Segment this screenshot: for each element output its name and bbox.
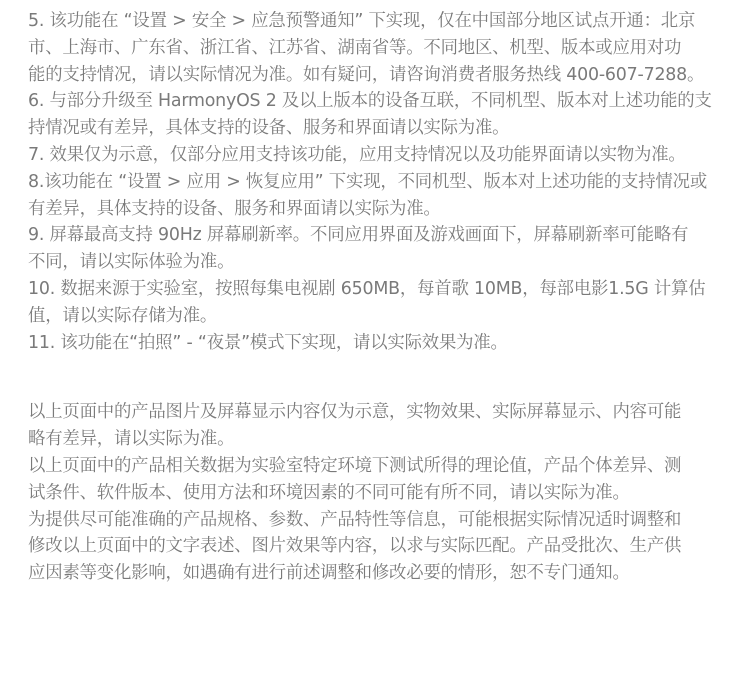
disclaimer-paragraph-adjustments: 为提供尽可能准确的产品规格、参数、产品特性等信息，可能根据实际情况适时调整和 修… <box>28 507 728 587</box>
footnote-5: 5. 该功能在 “设置 > 安全 > 应急预警通知” 下实现，仅在中国部分地区试… <box>28 8 728 88</box>
disclaimer-line: 以上页面中的产品图片及屏幕显示内容仅为示意，实物效果、实际屏幕显示、内容可能 <box>28 399 728 426</box>
disclaimer-line: 试条件、软件版本、使用方法和环境因素的不同可能有所不同，请以实际为准。 <box>28 480 728 507</box>
footnote-line: 7. 效果仅为示意，仅部分应用支持该功能，应用支持情况以及功能界面请以实物为准。 <box>28 142 728 169</box>
disclaimer-line: 应因素等变化影响，如遇确有进行前述调整和修改必要的情形，恕不专门通知。 <box>28 560 728 587</box>
footnotes-list: 5. 该功能在 “设置 > 安全 > 应急预警通知” 下实现，仅在中国部分地区试… <box>28 8 728 356</box>
footnote-10: 10. 数据来源于实验室，按照每集电视剧 650MB，每首歌 10MB，每部电影… <box>28 276 728 330</box>
disclaimer-line: 修改以上页面中的文字表述、图片效果等内容，以求与实际匹配。产品受批次、生产供 <box>28 533 728 560</box>
footnote-9: 9. 屏幕最高支持 90Hz 屏幕刷新率。不同应用界面及游戏画面下，屏幕刷新率可… <box>28 222 728 276</box>
footnote-6: 6. 与部分升级至 HarmonyOS 2 及以上版本的设备互联，不同机型、版本… <box>28 88 728 142</box>
disclaimer-line: 以上页面中的产品相关数据为实验室特定环境下测试所得的理论值，产品个体差异、测 <box>28 453 728 480</box>
general-disclaimer: 以上页面中的产品图片及屏幕显示内容仅为示意，实物效果、实际屏幕显示、内容可能 略… <box>28 399 728 587</box>
disclaimer-paragraph-images: 以上页面中的产品图片及屏幕显示内容仅为示意，实物效果、实际屏幕显示、内容可能 略… <box>28 399 728 453</box>
footnote-line: 能的支持情况，请以实际情况为准。如有疑问，请咨询消费者服务热线 400-607-… <box>28 62 728 89</box>
footnote-line: 持情况或有差异，具体支持的设备、服务和界面请以实际为准。 <box>28 115 728 142</box>
footnote-line: 有差异，具体支持的设备、服务和界面请以实际为准。 <box>28 196 728 223</box>
footnote-7: 7. 效果仅为示意，仅部分应用支持该功能，应用支持情况以及功能界面请以实物为准。 <box>28 142 728 169</box>
disclaimer-line: 为提供尽可能准确的产品规格、参数、产品特性等信息，可能根据实际情况适时调整和 <box>28 507 728 534</box>
disclaimer-line: 略有差异，请以实际为准。 <box>28 426 728 453</box>
footnote-line: 不同，请以实际体验为准。 <box>28 249 728 276</box>
footnote-line: 8.该功能在 “设置 > 应用 > 恢复应用” 下实现，不同机型、版本对上述功能… <box>28 169 728 196</box>
footnote-8: 8.该功能在 “设置 > 应用 > 恢复应用” 下实现，不同机型、版本对上述功能… <box>28 169 728 223</box>
footnote-line: 10. 数据来源于实验室，按照每集电视剧 650MB，每首歌 10MB，每部电影… <box>28 276 728 303</box>
footnote-line: 值，请以实际存储为准。 <box>28 303 728 330</box>
footnote-line: 6. 与部分升级至 HarmonyOS 2 及以上版本的设备互联，不同机型、版本… <box>28 88 728 115</box>
footnote-line: 市、上海市、广东省、浙江省、江苏省、湖南省等。不同地区、机型、版本或应用对功 <box>28 35 728 62</box>
footnote-line: 9. 屏幕最高支持 90Hz 屏幕刷新率。不同应用界面及游戏画面下，屏幕刷新率可… <box>28 222 728 249</box>
footnote-line: 5. 该功能在 “设置 > 安全 > 应急预警通知” 下实现，仅在中国部分地区试… <box>28 8 728 35</box>
footnote-11: 11. 该功能在“拍照” - “夜景”模式下实现，请以实际效果为准。 <box>28 330 728 357</box>
disclaimer-paragraph-data: 以上页面中的产品相关数据为实验室特定环境下测试所得的理论值，产品个体差异、测 试… <box>28 453 728 507</box>
disclaimer-page: 5. 该功能在 “设置 > 安全 > 应急预警通知” 下实现，仅在中国部分地区试… <box>28 8 728 587</box>
footnote-line: 11. 该功能在“拍照” - “夜景”模式下实现，请以实际效果为准。 <box>28 330 728 357</box>
